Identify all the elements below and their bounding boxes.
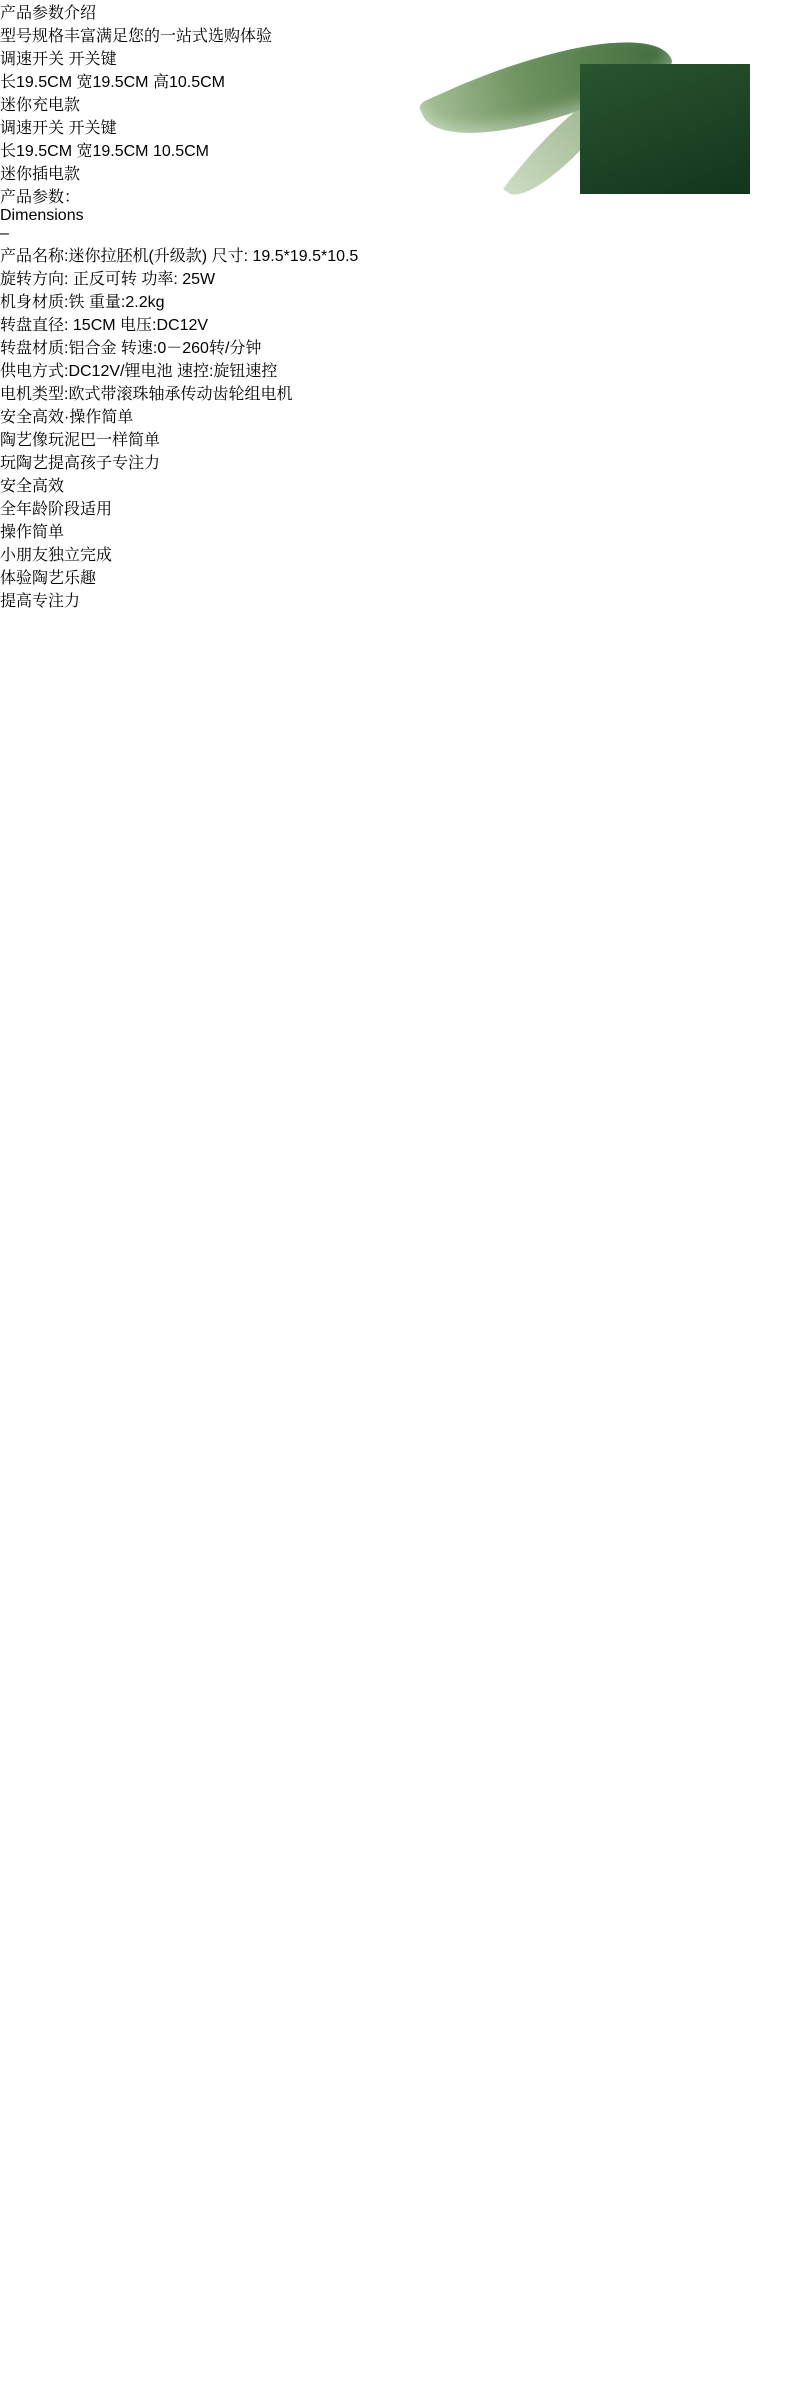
machine-sticker: 开关键 [68,120,116,137]
table-row: 转盘直径: 15CM 电压:DC12V [0,312,790,335]
params-section-subheading: Dimensions [0,207,790,225]
spec-name: 产品名称:迷你拉胚机(升级款) [0,248,207,265]
feature-text-safety: 安全高效 全年龄阶段适用 [0,473,790,519]
spec-value: 尺寸: 19.5*19.5*10.5 [212,248,359,265]
feature-desc: 全年龄阶段适用 [0,496,790,519]
params-section-heading: 产品参数： [0,184,790,207]
table-row: 机身材质:铁 重量:2.2kg [0,289,790,312]
spec-name: 供电方式:DC12V/锂电池 [0,363,172,380]
variant-label-rechargeable: 迷你充电款 [0,92,790,115]
spec-value: 速控:旋钮速控 [177,363,277,380]
feature-desc: 提高专注力 [0,588,790,611]
spec-value: 电压:DC12V [120,317,208,334]
promo-banner: 玩陶艺提高孩子专注力 [0,450,790,473]
params-dash: – [0,225,790,243]
page-title: 产品参数介绍 [0,0,790,23]
dimension-label-width: 宽19.5CM [76,143,148,160]
table-row: 旋转方向: 正反可转 功率: 25W [0,266,790,289]
spec-value: 重量:2.2kg [89,294,165,311]
feature-title: 安全高效 [0,473,790,496]
spec-name: 旋转方向: 正反可转 [0,271,137,288]
spec-name: 转盘材质:铝合金 [0,340,116,357]
dimension-label-length: 长19.5CM [0,74,72,91]
dimension-label-height: 10.5CM [153,143,209,160]
feature-text-easy: 操作简单 小朋友独立完成 [0,519,790,565]
dimension-label-width: 宽19.5CM [76,74,148,91]
spec-table: 产品名称:迷你拉胚机(升级款) 尺寸: 19.5*19.5*10.5 旋转方向:… [0,243,790,404]
feature-desc: 小朋友独立完成 [0,542,790,565]
page-subtitle: 型号规格丰富满足您的一站式选购体验 [0,23,790,46]
spec-value: 功率: 25W [141,271,215,288]
product-photo-black-wheel: 调速开关 开关键 长19.5CM 宽19.5CM 10.5CM [0,115,790,161]
spec-value: 转速:0－260转/分钟 [121,340,262,357]
dimension-label-length: 长19.5CM [0,143,72,160]
table-row: 供电方式:DC12V/锂电池 速控:旋钮速控 [0,358,790,381]
dimension-label-height: 高10.5CM [153,74,225,91]
product-photo-yellow-wheel: 调速开关 开关键 长19.5CM 宽19.5CM 高10.5CM [0,46,790,92]
variant-label-plugin: 迷你插电款 [0,161,790,184]
spec-name: 机身材质:铁 [0,294,84,311]
table-row: 转盘材质:铝合金 转速:0－260转/分钟 [0,335,790,358]
product-variant-cards: 调速开关 开关键 长19.5CM 宽19.5CM 高10.5CM 迷你充电款 [0,46,790,184]
promo-headline: 陶艺像玩泥巴一样简单 [0,427,790,450]
machine-sticker: 开关键 [68,51,116,68]
product-card-rechargeable: 调速开关 开关键 长19.5CM 宽19.5CM 高10.5CM 迷你充电款 [0,46,790,115]
machine-sticker: 调速开关 [0,120,64,137]
machine-sticker: 调速开关 [0,51,64,68]
spec-name: 电机类型:欧式带滚珠轴承传动齿轮组电机 [0,386,292,403]
promo-tagline: 安全高效·操作简单 [0,404,790,427]
product-card-plugin: 调速开关 开关键 长19.5CM 宽19.5CM 10.5CM [0,115,790,184]
table-row: 电机类型:欧式带滚珠轴承传动齿轮组电机 [0,381,790,404]
feature-title: 体验陶艺乐趣 [0,565,790,588]
feature-text-fun: 体验陶艺乐趣 提高专注力 [0,565,790,611]
spec-name: 转盘直径: 15CM [0,317,116,334]
feature-title: 操作简单 [0,519,790,542]
table-row: 产品名称:迷你拉胚机(升级款) 尺寸: 19.5*19.5*10.5 [0,243,790,266]
product-detail-page: 产品参数介绍 型号规格丰富满足您的一站式选购体验 调速开关 开关键 [0,0,790,2384]
